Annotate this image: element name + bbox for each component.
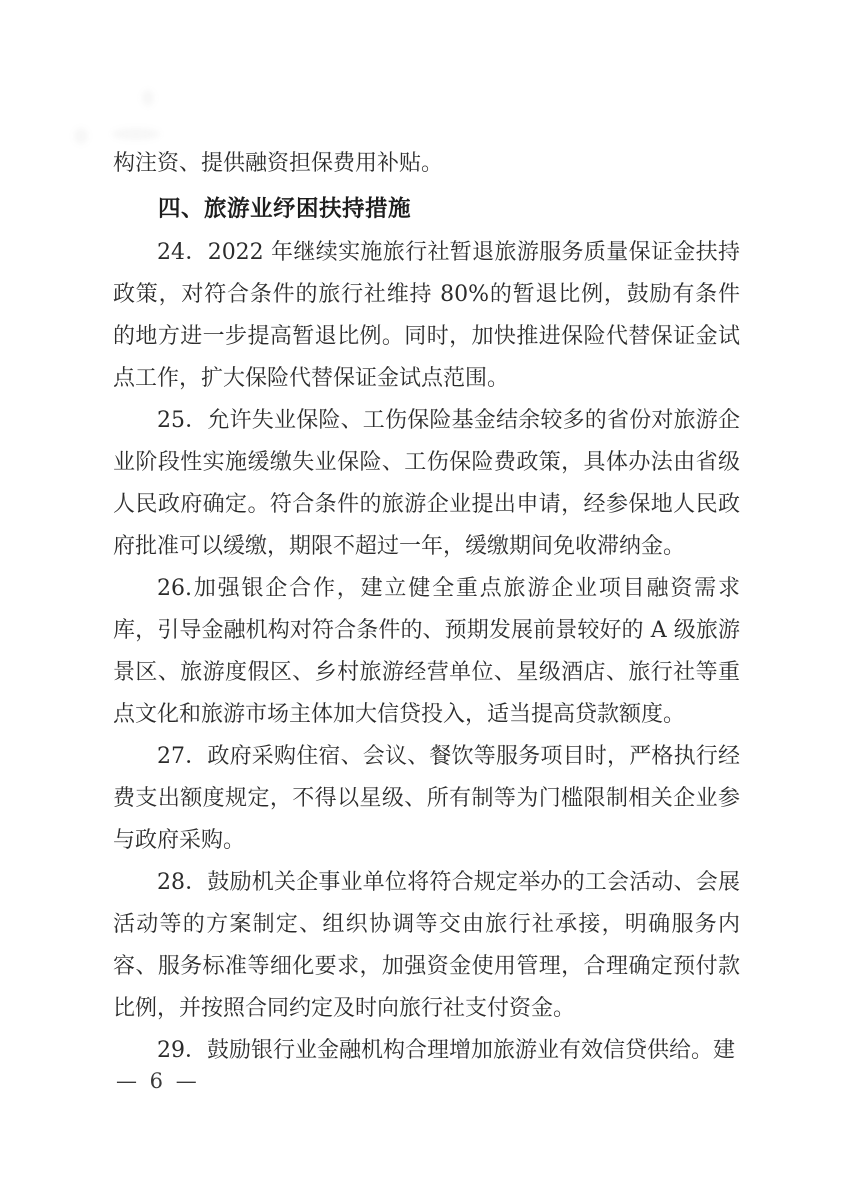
scan-artifact	[74, 128, 88, 144]
continuation-paragraph: 构注资、提供融资担保费用补贴。	[113, 143, 740, 185]
section-heading: 四、旅游业纾困扶持措施	[113, 188, 740, 230]
scan-artifact	[112, 128, 160, 140]
paragraph-24: 24．2022 年继续实施旅行社暂退旅游服务质量保证金扶持政策，对符合条件的旅行…	[113, 232, 740, 400]
document-body: 构注资、提供融资担保费用补贴。 四、旅游业纾困扶持措施 24．2022 年继续实…	[113, 143, 740, 1072]
paragraph-25: 25．允许失业保险、工伤保险基金结余较多的省份对旅游企业阶段性实施缓缴失业保险、…	[113, 400, 740, 568]
paragraph-26: 26.加强银企合作，建立健全重点旅游企业项目融资需求库，引导金融机构对符合条件的…	[113, 568, 740, 736]
scan-artifact	[142, 90, 154, 106]
paragraph-28: 28．鼓励机关企事业单位将符合规定举办的工会活动、会展活动等的方案制定、组织协调…	[113, 862, 740, 1030]
page-number: — 6 —	[116, 1066, 200, 1096]
paragraph-29: 29．鼓励银行业金融机构合理增加旅游业有效信贷供给。建	[113, 1030, 740, 1072]
paragraph-27: 27．政府采购住宿、会议、餐饮等服务项目时，严格执行经费支出额度规定，不得以星级…	[113, 736, 740, 862]
document-page: 构注资、提供融资担保费用补贴。 四、旅游业纾困扶持措施 24．2022 年继续实…	[0, 0, 849, 1200]
